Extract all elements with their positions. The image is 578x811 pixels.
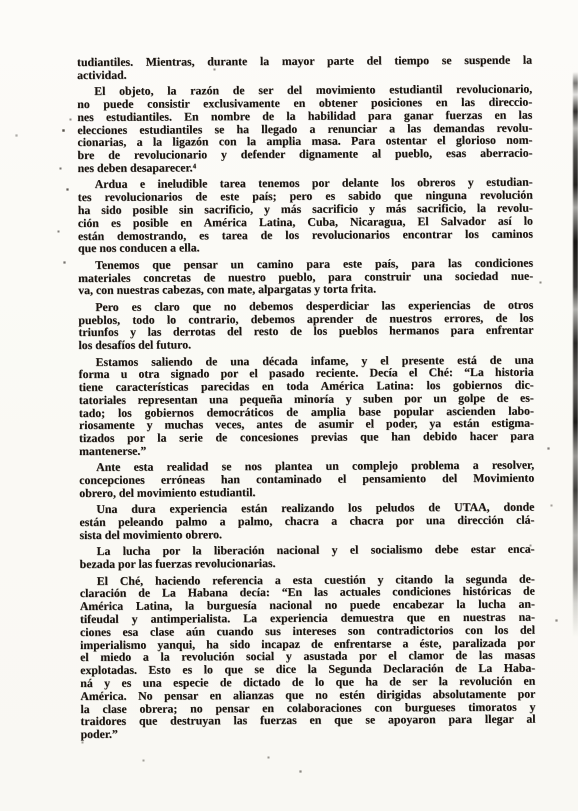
- text-line: nes deben desaparecer.⁴: [78, 160, 533, 175]
- text-line: obrero, del movimiento estudiantil.: [79, 485, 534, 500]
- text-line: tudiantiles. Mientras, durante la mayor …: [77, 54, 532, 69]
- paragraph: Pero es claro que no debemos desperdicia…: [78, 298, 533, 352]
- scan-edge-artifact: [573, 72, 578, 637]
- text-line: tizados por la serie de concesiones prev…: [79, 430, 534, 445]
- paragraph: Una dura experiencia están realizando lo…: [79, 501, 534, 542]
- paragraph: tudiantiles. Mientras, durante la mayor …: [77, 54, 532, 82]
- text-line: los desafíos del futuro.: [78, 337, 533, 352]
- paragraph: Tenemos que pensar un camino para este p…: [78, 256, 533, 297]
- paragraph: Ardua e ineludible tarea tenemos por del…: [78, 176, 533, 255]
- paragraph: La lucha por la liberación nacional y el…: [80, 543, 535, 571]
- page-text: tudiantiles. Mientras, durante la mayor …: [77, 54, 536, 745]
- text-line: traidores que destruyan las fuerzas en q…: [80, 713, 535, 728]
- text-line: actividad.: [77, 66, 532, 81]
- paragraph: Estamos saliendo de una década infame, y…: [79, 353, 535, 458]
- text-line: bezada por las fuerzas revolucionarias.: [80, 556, 535, 571]
- paragraph: Ante esta realidad se nos plantea un com…: [79, 459, 534, 500]
- text-line: poder.”: [81, 726, 536, 741]
- text-line: va, con nuestras cabezas, con mate, alpa…: [78, 282, 533, 297]
- text-line: mantenerse.”: [79, 443, 534, 458]
- paragraph: El objeto, la razón de ser del movimient…: [77, 83, 532, 175]
- scan-specks: [0, 0, 1, 1]
- document-page: tudiantiles. Mientras, durante la mayor …: [0, 0, 578, 811]
- text-line: que nos conducen a ella.: [78, 240, 533, 255]
- paragraph: El Ché, haciendo referencia a esta cuest…: [80, 572, 536, 741]
- text-line: sista del movimiento obrero.: [79, 527, 534, 542]
